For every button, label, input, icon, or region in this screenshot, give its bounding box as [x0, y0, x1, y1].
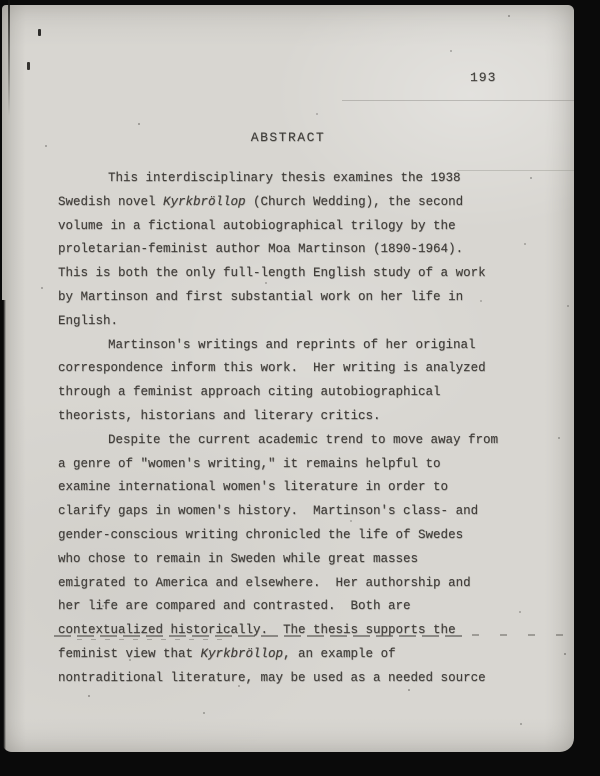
text-segment: by Martinson and first substantial work …: [58, 290, 463, 304]
text-segment: her life are compared and contrasted. Bo…: [58, 599, 411, 613]
text-line: her life are compared and contrasted. Bo…: [58, 595, 538, 619]
text-segment: emigrated to America and elsewhere. Her …: [58, 576, 471, 590]
text-segment: This interdisciplinary thesis examines t…: [108, 171, 461, 185]
text-line: examine international women's literature…: [58, 476, 538, 500]
text-line: a genre of "women's writing," it remains…: [58, 453, 538, 477]
text-segment: Swedish novel: [58, 195, 163, 209]
text-segment: Despite the current academic trend to mo…: [108, 433, 498, 447]
novel-title-italic: Kyrkbröllop: [163, 195, 246, 209]
scan-crease-line: [342, 100, 574, 101]
text-segment: through a feminist approach citing autob…: [58, 385, 441, 399]
text-segment: theorists, historians and literary criti…: [58, 409, 381, 423]
text-line: Martinson's writings and reprints of her…: [58, 334, 538, 358]
page-title: ABSTRACT: [2, 130, 574, 145]
text-line: emigrated to America and elsewhere. Her …: [58, 572, 538, 596]
text-segment: , an example of: [283, 647, 396, 661]
text-line: English.: [58, 310, 538, 334]
text-segment: English.: [58, 314, 118, 328]
text-line: proletarian-feminist author Moa Martinso…: [58, 238, 538, 262]
text-segment: (Church Wedding), the second: [246, 195, 464, 209]
novel-title-italic: Kyrkbröllop: [201, 647, 284, 661]
text-body: This interdisciplinary thesis examines t…: [58, 167, 538, 691]
text-segment: Martinson's writings and reprints of her…: [108, 338, 476, 352]
scan-speck: [27, 62, 30, 70]
text-line: This interdisciplinary thesis examines t…: [58, 167, 538, 191]
underline-artifact: [472, 634, 570, 636]
text-line: volume in a fictional autobiographical t…: [58, 215, 538, 239]
text-segment: feminist view that: [58, 647, 201, 661]
page-number: 193: [470, 70, 496, 85]
text-line: gender-conscious writing chronicled the …: [58, 524, 538, 548]
scanned-document-screenshot: { "document": { "page_number": "193", "t…: [0, 0, 600, 776]
text-segment: a genre of "women's writing," it remains…: [58, 457, 441, 471]
text-segment: proletarian-feminist author Moa Martinso…: [58, 242, 463, 256]
text-line: Swedish novel Kyrkbröllop (Church Weddin…: [58, 191, 538, 215]
text-line: This is both the only full-length Englis…: [58, 262, 538, 286]
paragraph: Despite the current academic trend to mo…: [58, 429, 538, 691]
document-page: 193 ABSTRACT This interdisciplinary thes…: [2, 5, 574, 752]
text-line: clarify gaps in women's history. Martins…: [58, 500, 538, 524]
scan-speck: [38, 29, 41, 36]
scan-border-left: [0, 300, 6, 752]
text-segment: gender-conscious writing chronicled the …: [58, 528, 463, 542]
scan-edge-line: [8, 0, 10, 116]
text-line: feminist view that Kyrkbröllop, an examp…: [58, 643, 538, 667]
text-segment: volume in a fictional autobiographical t…: [58, 219, 456, 233]
scan-specks-layer: [2, 5, 4, 7]
text-segment: examine international women's literature…: [58, 480, 448, 494]
text-line: Despite the current academic trend to mo…: [58, 429, 538, 453]
text-segment: who chose to remain in Sweden while grea…: [58, 552, 418, 566]
paragraph: Martinson's writings and reprints of her…: [58, 334, 538, 429]
text-segment: This is both the only full-length Englis…: [58, 266, 486, 280]
text-line: theorists, historians and literary criti…: [58, 405, 538, 429]
underline-artifact: [54, 635, 464, 637]
text-line: nontraditional literature, may be used a…: [58, 667, 538, 691]
underline-artifact: [77, 639, 227, 640]
text-line: through a feminist approach citing autob…: [58, 381, 538, 405]
text-line: who chose to remain in Sweden while grea…: [58, 548, 538, 572]
text-segment: correspondence inform this work. Her wri…: [58, 361, 486, 375]
text-segment: clarify gaps in women's history. Martins…: [58, 504, 478, 518]
text-line: correspondence inform this work. Her wri…: [58, 357, 538, 381]
text-line: by Martinson and first substantial work …: [58, 286, 538, 310]
paragraph: This interdisciplinary thesis examines t…: [58, 167, 538, 334]
text-segment: nontraditional literature, may be used a…: [58, 671, 486, 685]
